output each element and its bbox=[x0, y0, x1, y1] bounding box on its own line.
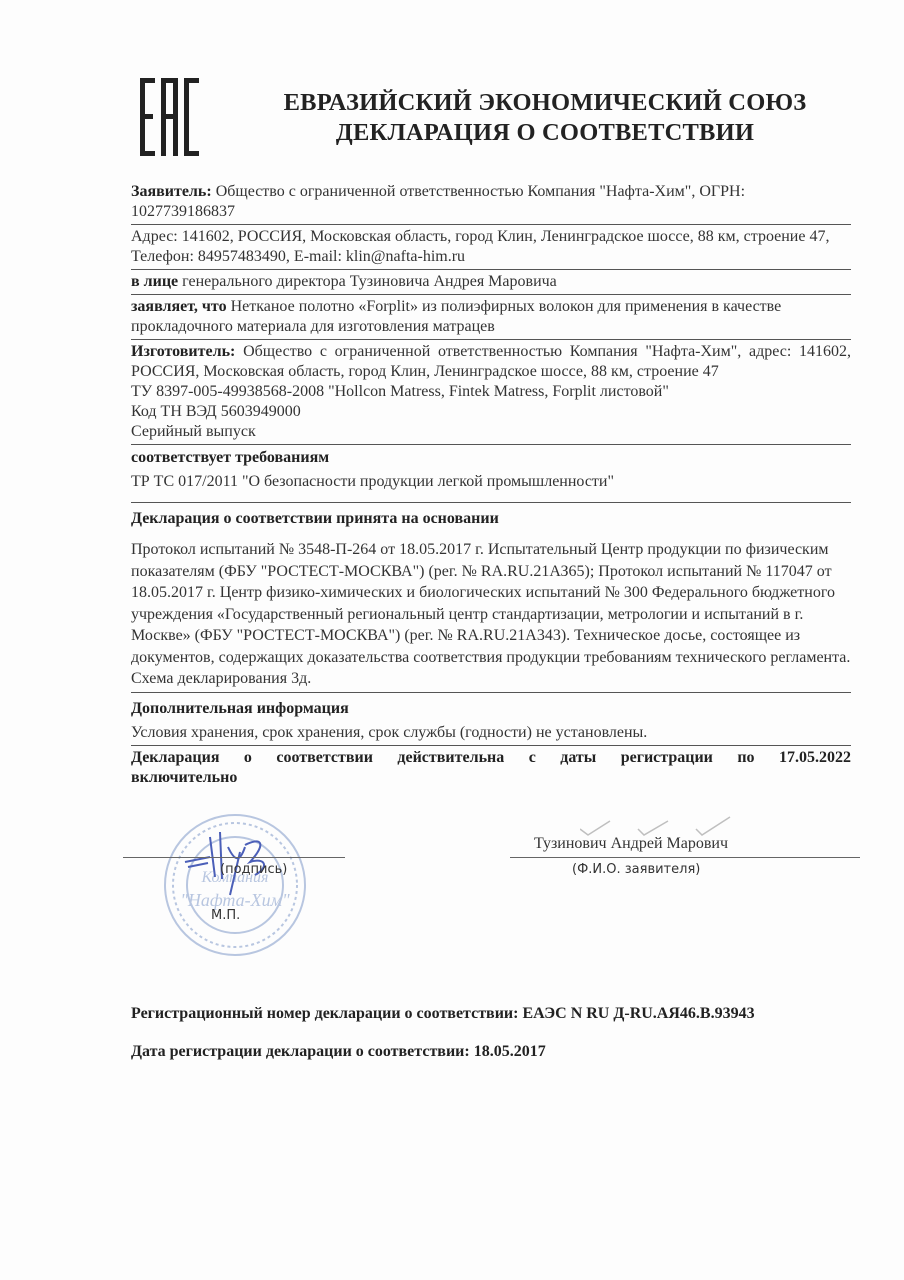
applicant-text: Общество с ограниченной ответственностью… bbox=[131, 183, 745, 220]
basis-row: Декларация о соответствии принята на осн… bbox=[131, 503, 851, 693]
applicant-label: Заявитель: bbox=[131, 183, 212, 200]
name-caption: (Ф.И.О. заявителя) bbox=[572, 862, 700, 877]
manufacturer-row: Изготовитель: Общество с ограниченной от… bbox=[131, 340, 851, 445]
check-marks-icon bbox=[580, 813, 740, 837]
stamp-caption: М.П. bbox=[211, 908, 240, 923]
signature-area: Компания "Нафта-Хим" (подпись) М.П. Тузи… bbox=[110, 805, 870, 955]
registration-number: Регистрационный номер декларации о соотв… bbox=[131, 1004, 755, 1024]
declares-label: заявляет, что bbox=[131, 298, 227, 315]
registration-date: Дата регистрации декларации о соответств… bbox=[131, 1042, 546, 1062]
title-line-2: ДЕКЛАРАЦИЯ О СООТВЕТСТВИИ bbox=[255, 118, 835, 148]
manufacturer-block: Изготовитель: Общество с ограниченной от… bbox=[131, 342, 851, 382]
additional-label: Дополнительная информация bbox=[131, 695, 851, 723]
additional-row: Дополнительная информация Условия хранен… bbox=[131, 693, 851, 746]
manufacturer-code: Код ТН ВЭД 5603949000 bbox=[131, 402, 851, 422]
declares-text: Нетканое полотно «Forplit» из полиэфирны… bbox=[131, 298, 781, 335]
name-line bbox=[510, 857, 860, 858]
requirements-label: соответствует требованиям bbox=[131, 448, 851, 468]
manufacturer-label: Изготовитель: bbox=[131, 343, 235, 360]
represented-text: генерального директора Тузиновича Андрея… bbox=[178, 273, 557, 290]
applicant-address-row: Адрес: 141602, РОССИЯ, Московская област… bbox=[131, 225, 851, 270]
manufacturer-tu: ТУ 8397-005-49938568-2008 "Hollcon Matre… bbox=[131, 382, 851, 402]
eac-logo bbox=[140, 78, 200, 156]
signature-caption: (подпись) bbox=[220, 862, 287, 877]
manufacturer-production: Серийный выпуск bbox=[131, 422, 851, 442]
title-line-1: ЕВРАЗИЙСКИЙ ЭКОНОМИЧЕСКИЙ СОЮЗ bbox=[255, 88, 835, 118]
basis-label: Декларация о соответствии принята на осн… bbox=[131, 509, 851, 529]
basis-text: Протокол испытаний № 3548-П-264 от 18.05… bbox=[131, 529, 851, 690]
declares-row: заявляет, что Нетканое полотно «Forplit»… bbox=[131, 295, 851, 340]
applicant-name: Тузинович Андрей Марович bbox=[534, 835, 728, 853]
signature-line bbox=[123, 857, 345, 858]
eac-mark-icon bbox=[140, 78, 200, 156]
requirements-row: соответствует требованиям ТР ТС 017/2011… bbox=[131, 445, 851, 494]
validity-text: Декларация о соответствии действительна … bbox=[131, 748, 851, 788]
manufacturer-text: Общество с ограниченной ответственностью… bbox=[131, 343, 851, 380]
validity-row: Декларация о соответствии действительна … bbox=[131, 746, 851, 790]
declaration-body: Заявитель: Общество с ограниченной ответ… bbox=[131, 180, 851, 790]
represented-row: в лице генерального директора Тузиновича… bbox=[131, 270, 851, 295]
applicant-address: Адрес: 141602, РОССИЯ, Московская област… bbox=[131, 228, 829, 265]
divider bbox=[131, 494, 851, 503]
additional-text: Условия хранения, срок хранения, срок сл… bbox=[131, 723, 851, 743]
document-title: ЕВРАЗИЙСКИЙ ЭКОНОМИЧЕСКИЙ СОЮЗ ДЕКЛАРАЦИ… bbox=[255, 88, 835, 148]
applicant-row: Заявитель: Общество с ограниченной ответ… bbox=[131, 180, 851, 225]
requirements-text: ТР ТС 017/2011 "О безопасности продукции… bbox=[131, 468, 851, 492]
represented-label: в лице bbox=[131, 273, 178, 290]
